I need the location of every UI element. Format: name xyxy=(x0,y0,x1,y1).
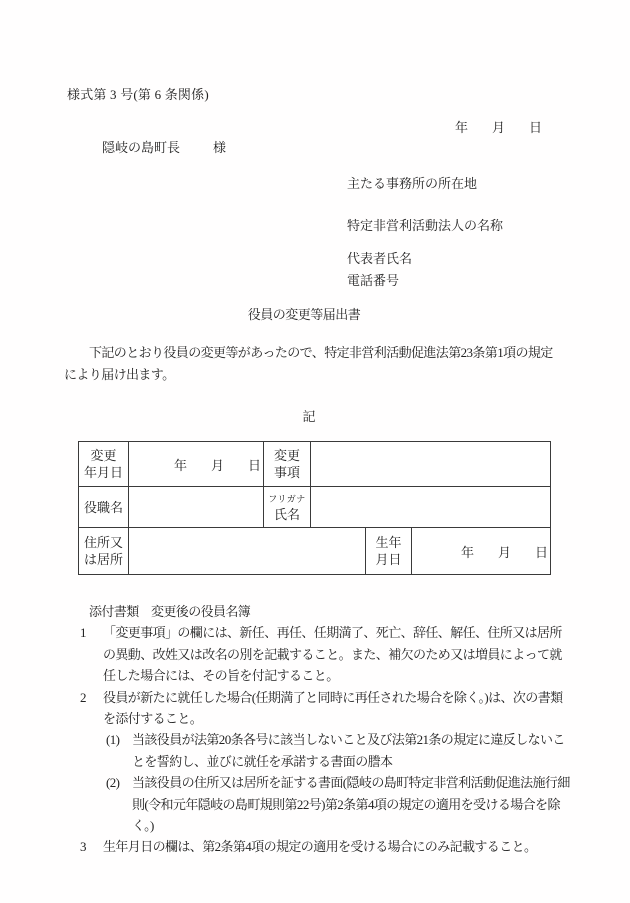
office-address-label: 主たる事務所の所在地 xyxy=(347,175,503,193)
change-item-label-cell: 変更 事項 xyxy=(264,442,311,486)
change-date-label-cell: 変更 年月日 xyxy=(79,442,129,486)
note-item-3: 3 生年月日の欄は、第2条第4項の規定の適用を受ける場合にのみ記載すること。 xyxy=(80,836,572,857)
birth-date-value-cell: 年 月 日 xyxy=(412,528,550,574)
document-page: 様式第 3 号(第 6 条関係) 年 月 日 隠岐の島町長 様 主たる事務所の所… xyxy=(0,0,630,903)
table-row-address: 住所又 は居所 生年 月日 年 月 日 xyxy=(79,528,550,574)
body-paragraph: 下記のとおり役員の変更等があったので、特定非営利活動促進法第23条第1項の規定に… xyxy=(64,342,564,385)
addressee-line: 隠岐の島町長 様 xyxy=(102,137,226,156)
note-number: 1 xyxy=(80,622,103,686)
document-title: 役員の変更等届出書 xyxy=(0,304,608,323)
name-label-cell: フリガナ 氏名 xyxy=(264,487,311,527)
table-row-name: 役職名 フリガナ 氏名 xyxy=(79,487,550,528)
day-label: 日 xyxy=(535,542,548,561)
name-label: 氏名 xyxy=(274,508,300,522)
year-label: 年 xyxy=(174,455,187,474)
birth-date-label-cell: 生年 月日 xyxy=(366,528,412,574)
note-number: 2 xyxy=(80,687,103,730)
sender-block: 主たる事務所の所在地 特定非営利活動法人の名称 代表者氏名 電話番号 xyxy=(347,175,503,290)
representative-name-label: 代表者氏名 xyxy=(347,250,503,268)
addressee-name: 隠岐の島町長 xyxy=(102,137,180,156)
change-item-value-cell xyxy=(311,442,550,486)
note-text: 生年月日の欄は、第2条第4項の規定の適用を受ける場合にのみ記載すること。 xyxy=(103,836,572,857)
addressee-honorific: 様 xyxy=(213,137,226,156)
position-label-cell: 役職名 xyxy=(79,487,129,527)
month-label: 月 xyxy=(211,455,224,474)
month-label: 月 xyxy=(492,117,505,136)
note-subitem-2-1: (1) 当該役員が法第20条各号に該当しないこと及び法第21条の規定に違反しない… xyxy=(106,729,572,772)
note-item-2: 2 役員が新たに就任した場合(任期満了と同時に再任された場合を除く。)は、次の書… xyxy=(80,687,572,730)
address-value-cell xyxy=(129,528,366,574)
year-label: 年 xyxy=(461,542,474,561)
furigana-label: フリガナ xyxy=(268,492,306,506)
day-label: 日 xyxy=(248,455,261,474)
officer-change-table: 変更 年月日 年 月 日 変更 事項 役職名 フリガナ 氏名 住所又 は居所 生… xyxy=(78,441,551,575)
corporation-name-label: 特定非営利活動法人の名称 xyxy=(347,217,503,235)
phone-number-label: 電話番号 xyxy=(347,272,503,290)
record-marker: 記 xyxy=(0,406,618,425)
form-number: 様式第 3 号(第 6 条関係) xyxy=(67,84,209,103)
note-item-1: 1 「変更事項」の欄には、新任、再任、任期満了、死亡、辞任、解任、住所又は居所の… xyxy=(80,622,572,686)
note-number: (2) xyxy=(106,772,132,836)
notes-section: 添付書類 変更後の役員名簿 1 「変更事項」の欄には、新任、再任、任期満了、死亡… xyxy=(80,601,572,858)
note-text: 役員が新たに就任した場合(任期満了と同時に再任された場合を除く。)は、次の書類を… xyxy=(103,687,572,730)
table-row-change: 変更 年月日 年 月 日 変更 事項 xyxy=(79,442,550,487)
note-text: 当該役員が法第20条各号に該当しないこと及び法第21条の規定に違反しないことを誓… xyxy=(132,729,572,772)
month-label: 月 xyxy=(498,542,511,561)
change-date-value-cell: 年 月 日 xyxy=(129,442,264,486)
note-number: 3 xyxy=(80,836,103,857)
note-text: 「変更事項」の欄には、新任、再任、任期満了、死亡、辞任、解任、住所又は居所の異動… xyxy=(103,622,572,686)
address-label-cell: 住所又 は居所 xyxy=(79,528,129,574)
note-subitem-2-2: (2) 当該役員の住所又は居所を証する書面(隠岐の島町特定非営利活動促進法施行細… xyxy=(106,772,572,836)
note-text: 当該役員の住所又は居所を証する書面(隠岐の島町特定非営利活動促進法施行細則(令和… xyxy=(132,772,572,836)
day-label: 日 xyxy=(529,117,542,136)
name-value-cell xyxy=(311,487,550,527)
attachment-note: 添付書類 変更後の役員名簿 xyxy=(89,601,572,622)
submission-date-line: 年 月 日 xyxy=(455,117,542,136)
note-number: (1) xyxy=(106,729,132,772)
position-value-cell xyxy=(129,487,264,527)
year-label: 年 xyxy=(455,117,468,136)
